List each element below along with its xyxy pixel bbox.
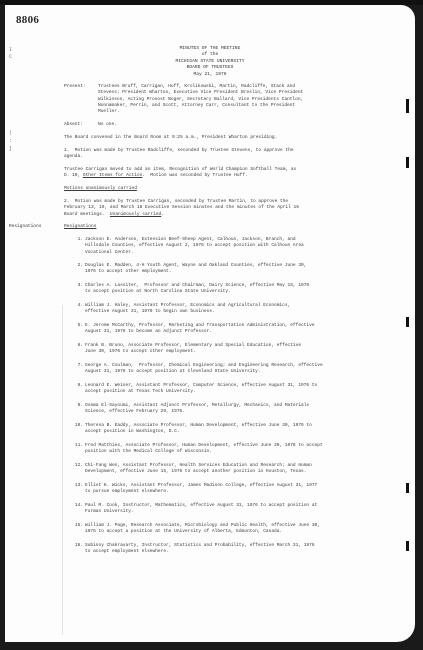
item-number: 5. [69,323,83,329]
item-number: 4. [69,303,83,309]
motions-carried: Motions unanimously carried [64,186,137,192]
scan-artifact [406,99,409,113]
item-text: William J. Page, Research Associate, Mic… [85,523,395,536]
item-number: 14. [69,503,83,509]
item-number: 13. [69,483,83,489]
item-text: Charles A. Lassiter, Professor and Chair… [85,283,395,296]
item-number: 15. [69,523,83,529]
text-span: . Motion was seconded by Trustee Huff. [142,173,247,178]
motion-2-line: Board meetings. Unanimously carried. [64,212,164,218]
item-number: 9. [69,403,83,409]
item-number: 16. [69,543,83,549]
item-text: Chi-Fang Wen, Assistant Professor, Healt… [85,463,395,476]
item-text: William J. Haley, Assistant Professor, E… [85,303,395,316]
item-text: Elliot K. Wicks, Assistant Professor, Ja… [85,483,395,496]
item-number: 1. [69,237,83,243]
item-number: 7. [69,363,83,369]
scan-artifact [406,483,409,493]
other-items-for-action: Other Items for Action [83,173,142,178]
item-text: Jackson E. Anderson, Extension Beef-Shee… [85,237,395,256]
motion-1-line: agenda. [64,154,83,160]
item-number: 12. [69,463,83,469]
unanimously-carried: Unanimously carried [110,212,161,217]
resignations-heading: Resignations [64,224,96,230]
header-date: May 21, 1976 [5,72,415,78]
carrigan-item-line: D. 10, Other Items for Action. Motion wa… [64,173,248,179]
item-number: 8. [69,383,83,389]
margin-mark: : [9,138,12,144]
item-number: 11. [69,443,83,449]
present-label: Present: [64,84,86,90]
text-span: D. 10, [64,173,83,178]
page-number: 8806 [16,14,39,26]
minutes-header: MINUTES OF THE MEETING of the MICHIGAN S… [5,46,415,78]
scan-artifact [406,541,409,551]
absent-label: Absent: [64,122,83,128]
item-number: 10. [69,423,83,429]
item-text: Douglas E. Madden, 4-H Youth Agent, Wayn… [85,263,395,276]
margin-mark: ] [9,146,12,152]
item-text: Paul M. Cook, Instructor, Mathematics, e… [85,503,395,516]
convened-statement: The Board convened in the Board Room at … [64,135,277,141]
scan-artifact [406,157,409,168]
item-text: Leonard E. Weiner, Assistant Professor, … [85,383,395,396]
item-text: Fred Matthies, Associate Professor, Huma… [85,443,395,456]
resignations-margin-label: Resignations [9,224,41,230]
motion-1-line: 1. Motion was made by Trustee Radcliffe,… [64,148,294,154]
item-text: Osama El-Sayoumi, Assistant Adjunct Prof… [85,403,395,416]
absent-value: No one. [98,122,117,128]
item-number: 6. [69,343,83,349]
scan-artifact [406,317,409,327]
item-text: E. Jerome McCarthy, Professor, Marketing… [85,323,395,336]
present-line: Mueller. [98,109,120,115]
item-number: 3. [69,283,83,289]
margin-mark: ( [9,130,12,136]
item-number: 2. [69,263,83,269]
item-text: Subinoy Chakravarty, Instructor, Statist… [85,543,395,556]
present-line: Nonnamaker, Perrin, and Scott, Attorney … [98,103,295,109]
item-text: Frank B. Bruno, Associate Professor, Ele… [85,343,395,356]
document-page: 8806 I C ( : ] MINUTES OF THE MEETING of… [5,5,415,642]
text-span: . [161,212,164,217]
fold-line [62,305,63,635]
item-text: George A. Coulman, Professor, Chemical E… [85,363,395,376]
item-text: Theresa B. Eaddy, Associate Professor, H… [85,423,395,436]
text-span: Board meetings. [64,212,110,217]
